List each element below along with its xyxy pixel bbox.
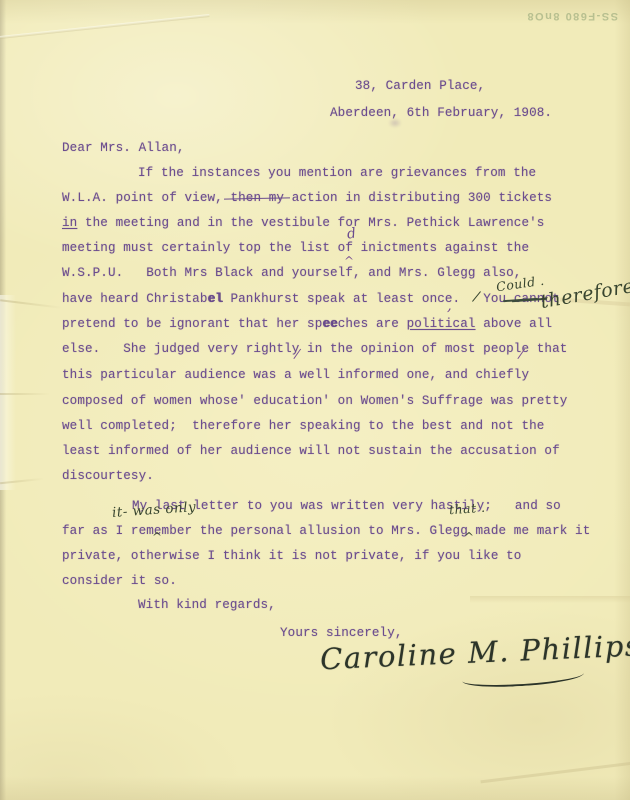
body-line: composed of women whose' education' on W… xyxy=(62,394,567,408)
body-line: far as I remember the personal allusion … xyxy=(62,524,590,538)
typed-segment: far as I remember the personal allusion … xyxy=(62,524,590,538)
paper-crease xyxy=(0,299,62,309)
paper-crease xyxy=(0,14,210,41)
paper-crease xyxy=(0,295,16,490)
body-line: W.S.P.U. Both Mrs Black and yourself, an… xyxy=(62,266,521,280)
body-line: have heard Christabel Pankhurst speak at… xyxy=(62,292,560,306)
typed-segment: If the instances you mention are grievan… xyxy=(138,166,536,180)
body-line: pretend to be ignorant that her speeches… xyxy=(62,317,552,331)
salutation: Dear Mrs. Allan, xyxy=(62,141,185,155)
date-line: Aberdeen, 6th February, 1908. xyxy=(330,106,552,120)
typed-segment: Pankhurst speak at least once. xyxy=(223,292,483,306)
body-line: least informed of her audience will not … xyxy=(62,444,560,458)
body-line: meeting must certainly top the list of i… xyxy=(62,241,529,255)
paper-crease xyxy=(560,298,630,307)
typed-segment: well completed; therefore her speaking t… xyxy=(62,419,544,433)
typed-segment: this particular audience was a well info… xyxy=(62,368,529,382)
typed-segment: meeting must certainly top the list of i… xyxy=(62,241,529,255)
body-line: well completed; therefore her speaking t… xyxy=(62,419,544,433)
typed-segment: pretend to be ignorant that her sp xyxy=(62,317,322,331)
typed-segment: above all xyxy=(476,317,553,331)
paper-crease xyxy=(480,760,630,784)
faint-stamp: SS-F680 8nO8 xyxy=(526,10,618,22)
body-line: My last letter to you was written very h… xyxy=(132,499,561,513)
typed-segment: W.L.A. point of view, xyxy=(62,191,230,205)
typed-segment: ot xyxy=(544,292,559,306)
typed-segment: ee xyxy=(322,317,337,331)
typed-segment: then my xyxy=(230,191,284,205)
body-line: in the meeting and in the vestibule for … xyxy=(62,216,544,230)
letter-scan: SS-F680 8nO8 38, Carden Place, Aberdeen,… xyxy=(0,0,630,800)
typed-segment: have heard Christab xyxy=(62,292,208,306)
typed-segment: el xyxy=(208,292,223,306)
typed-segment: W.S.P.U. Both Mrs Black and yourself, an… xyxy=(62,266,521,280)
closing-regards: With kind regards, xyxy=(138,598,276,612)
typed-segment: private, otherwise I think it is not pri… xyxy=(62,549,521,563)
body-line: W.L.A. point of view, then my action in … xyxy=(62,191,552,205)
typed-segment: You xyxy=(483,292,514,306)
typed-segment: ches are xyxy=(338,317,407,331)
typed-segment: in xyxy=(62,216,77,230)
paper-crease xyxy=(0,478,44,485)
typed-segment: consider it so. xyxy=(62,574,177,588)
body-line: else. She judged very rightly in the opi… xyxy=(62,342,567,356)
closing-sincerely: Yours sincerely, xyxy=(280,626,403,640)
paper-crease xyxy=(470,596,630,603)
paper-crease xyxy=(0,393,50,395)
typed-segment: the meeting and in the vestibule for Mrs… xyxy=(77,216,544,230)
typed-segment: composed of women whose' education' on W… xyxy=(62,394,567,408)
body-line: this particular audience was a well info… xyxy=(62,368,529,382)
body-line: private, otherwise I think it is not pri… xyxy=(62,549,521,563)
address-line: 38, Carden Place, xyxy=(355,79,485,93)
body-line: If the instances you mention are grievan… xyxy=(138,166,536,180)
typed-segment: else. She judged very rightly in the opi… xyxy=(62,342,567,356)
typed-segment: least informed of her audience will not … xyxy=(62,444,560,458)
body-line: discourtesy. xyxy=(62,469,154,483)
body-line: consider it so. xyxy=(62,574,177,588)
typed-segment: cann xyxy=(514,292,545,306)
typed-segment: action in distributing 300 tickets xyxy=(284,191,552,205)
typed-segment: discourtesy. xyxy=(62,469,154,483)
typed-segment: My last letter to you was written very h… xyxy=(132,499,561,513)
typed-segment: political xyxy=(407,317,476,331)
